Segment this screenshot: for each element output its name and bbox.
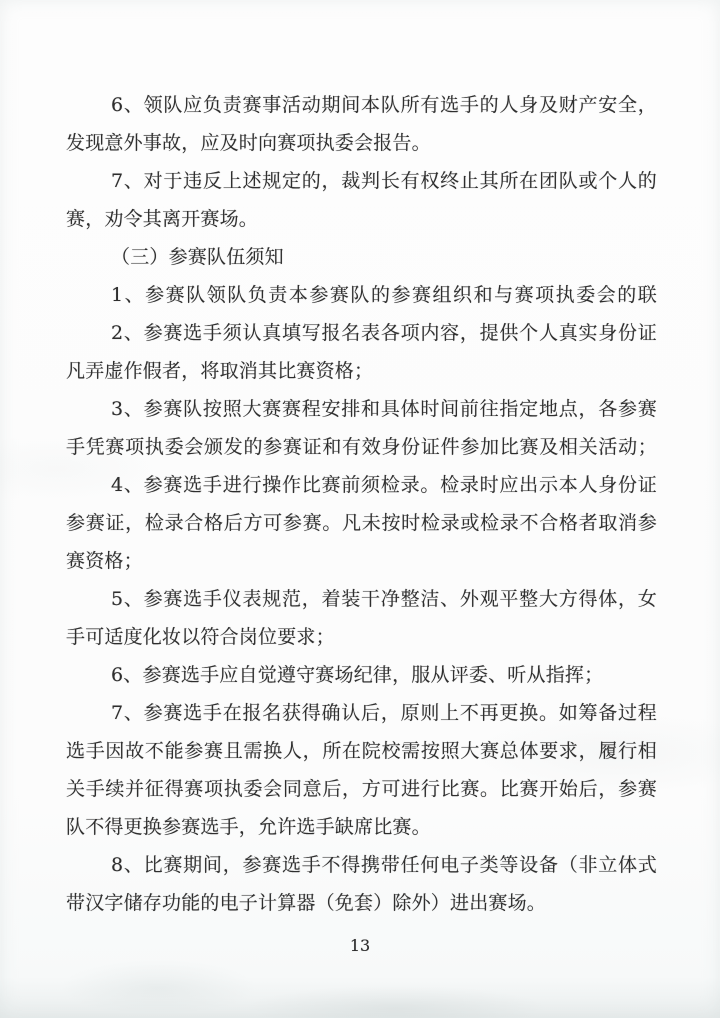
text-line: 7、参赛选手在报名获得确认后，原则上不再更换。如筹备过程中， [66, 694, 657, 732]
text-line: 手可适度化妆以符合岗位要求； [66, 618, 657, 656]
text-line: 2、参赛选手须认真填写报名表各项内容，提供个人真实身份证明， [66, 314, 657, 352]
text-line: 3、参赛队按照大赛赛程安排和具体时间前往指定地点，各参赛选 [66, 390, 657, 428]
text-line: 赛，劝令其离开赛场。 [66, 200, 657, 238]
text-line: 关手续并征得赛项执委会同意后，方可进行比赛。比赛开始后，参赛 [66, 770, 657, 808]
text-line: 8、比赛期间，参赛选手不得携带任何电子类等设备（非立体式不 [66, 846, 657, 884]
text-line: 发现意外事故，应及时向赛项执委会报告。 [66, 124, 657, 162]
text-line: 手凭赛项执委会颁发的参赛证和有效身份证件参加比赛及相关活动； [66, 428, 657, 466]
text-line: 赛资格； [66, 542, 657, 580]
text-line: 队不得更换参赛选手，允许选手缺席比赛。 [66, 808, 657, 846]
text-line: 7、对于违反上述规定的，裁判长有权终止其所在团队或个人的比 [66, 162, 657, 200]
text-line: 6、参赛选手应自觉遵守赛场纪律，服从评委、听从指挥； [66, 656, 657, 694]
text-line: 参赛证，检录合格后方可参赛。凡未按时检录或检录不合格者取消参 [66, 504, 657, 542]
document-page: 6、领队应负责赛事活动期间本队所有选手的人身及财产安全，如发现意外事故，应及时向… [0, 0, 720, 1018]
text-line: 1、参赛队领队负责本参赛队的参赛组织和与赛项执委会的联络； [66, 276, 657, 314]
text-line: 4、参赛选手进行操作比赛前须检录。检录时应出示本人身份证及 [66, 466, 657, 504]
text-line: 凡弄虚作假者，将取消其比赛资格； [66, 352, 657, 390]
text-line: 带汉字储存功能的电子计算器（免套）除外）进出赛场。 [66, 884, 657, 922]
text-line: （三）参赛队伍须知 [66, 238, 657, 276]
text-line: 选手因故不能参赛且需换人，所在院校需按照大赛总体要求，履行相 [66, 732, 657, 770]
text-line: 6、领队应负责赛事活动期间本队所有选手的人身及财产安全，如 [66, 86, 657, 124]
text-line: 5、参赛选手仪表规范，着装干净整洁、外观平整大方得体，女选 [66, 580, 657, 618]
document-body: 6、领队应负责赛事活动期间本队所有选手的人身及财产安全，如发现意外事故，应及时向… [66, 86, 657, 922]
page-number: 13 [0, 936, 720, 956]
